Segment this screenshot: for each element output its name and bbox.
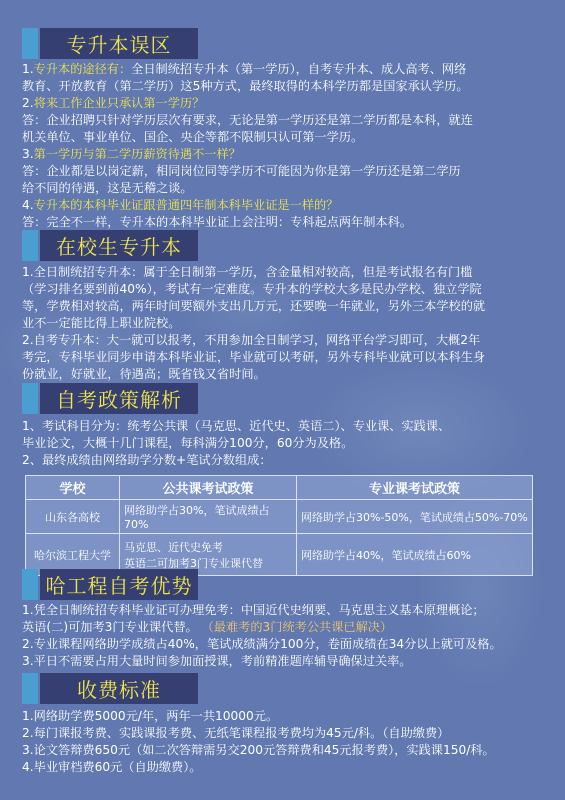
cell-major-policy: 网络助学占40%，笔试成绩占60% xyxy=(297,534,533,576)
misconception-item-3: 3.第一学历与第二学历薪资待遇不一样？ 答：企业都是以岗定薪，相同岗位同等学历不… xyxy=(22,146,552,197)
item-question: 专升本的途径有： xyxy=(34,62,132,76)
text-line: 1、考试科目分为：统考公共课（马克思、近代史、英语二）、专业课、实践课、 xyxy=(22,418,552,435)
text-line: 3.论文答辩费650元（如二次答辩需另交200元答辩费和45元报考费），实践课1… xyxy=(22,742,557,759)
header-title-box: 自考政策解析 xyxy=(40,383,198,414)
text-line: 等，学费相对较高，两年时间要额外支出几万元，还要晚一年就业，另外三本学校的就 xyxy=(22,298,552,315)
column-header-public-course: 公共课考试政策 xyxy=(120,476,297,500)
header-title-box: 专升本误区 xyxy=(40,28,198,59)
text-line: 3.平日不需要占用大量时间参加面授课，考前精准题库辅导确保过关率。 xyxy=(22,653,557,670)
text-line: 1.凭全日制统招专科毕业证可办理免考：中国近代史纲要、马克思主义基本原理概论； xyxy=(22,602,557,619)
section-title: 在校生专升本 xyxy=(56,231,182,260)
item-answer-cont: 给不同的待遇，这是无稽之谈。 xyxy=(22,181,193,195)
text-line: 4.毕业审档费60元（自助缴费）。 xyxy=(22,759,557,776)
item-number: 2. xyxy=(22,96,34,110)
table-header-row: 学校 公共课考试政策 专业课考试政策 xyxy=(26,476,533,500)
section-title: 收费标准 xyxy=(77,674,161,703)
text-line: 考完，专科毕业同步申请本科毕业证，毕业就可以考研，另外专科毕业就可以本科生身 xyxy=(22,349,552,366)
text-line: 1.全日制统招专升本：属于全日制第一学历，含金量相对较高，但是考试报名有门槛 xyxy=(22,264,552,281)
misconceptions-body: 1.专升本的途径有：全日制统招专升本（第一学历），自考专升本、成人高考、网络 教… xyxy=(22,61,552,231)
misconception-item-2: 2.将来工作企业只承认第一学历？ 答：企业招聘只针对学历层次有要求，无论是第一学… xyxy=(22,95,552,146)
header-title-box: 在校生专升本 xyxy=(40,230,198,261)
table-row: 山东各高校 网络助学占30%，笔试成绩占70% 网络助学占30%-50%，笔试成… xyxy=(26,500,533,534)
text-line: 2、最终成绩由网络助学分数+笔试分数组成： xyxy=(22,452,552,469)
section-header-misconceptions: 专升本误区 xyxy=(22,28,198,59)
item-question: 专升本的本科毕业证跟普通四年制本科毕业证是一样的？ xyxy=(34,198,339,212)
item-number: 1. xyxy=(22,62,34,76)
item-answer-cont: 机关单位、事业单位、国企、央企等都不限制只认可第一学历。 xyxy=(22,130,363,144)
text-line: （学习排名要到前40%），考试有一定难度。专升本的学校大多是民办学校、独立学院 xyxy=(22,281,552,298)
header-title-box: 哈工程自考优势 xyxy=(40,569,198,600)
text-line: 毕业论文，大概十几门课程，每科满分100分，60分为及格。 xyxy=(22,435,552,452)
in-school-body: 1.全日制统招专升本：属于全日制第一学历，含金量相对较高，但是考试报名有门槛 （… xyxy=(22,264,552,383)
section-header-policy: 自考政策解析 xyxy=(22,383,198,414)
item-number: 4. xyxy=(22,198,34,212)
text-line: 2.自考专升本：大一就可以报考，不用参加全日制学习，网络平台学习即可，大概2年 xyxy=(22,332,552,349)
section-title: 自考政策解析 xyxy=(56,384,182,413)
header-accent-bar xyxy=(22,28,38,59)
fees-body: 1.网络助学费5000元/年，两年一共10000元。 2.每门课报考费、实践课报… xyxy=(22,708,557,776)
misconception-item-4: 4.专升本的本科毕业证跟普通四年制本科毕业证是一样的？ 答：完全不一样，专升本的… xyxy=(22,197,552,231)
text-line: 业不一定能比得上职业院校。 xyxy=(22,315,552,332)
text-line: 2.每门课报考费、实践课报考费、无纸笔课程报考费均为45元/科。（自助缴费） xyxy=(22,725,557,742)
cell-text: 网络助学占30%，笔试成绩占70% xyxy=(124,502,292,531)
section-header-fees: 收费标准 xyxy=(22,673,198,704)
section-title: 专升本误区 xyxy=(67,29,172,58)
cell-major-policy: 网络助学占30%-50%，笔试成绩占50%-70% xyxy=(297,500,533,534)
text-line: 英语(二)可加考3门专业课代替。 （最难考的3门统考公共课已解决） xyxy=(22,619,557,636)
item-answer-cont: 教育、开放教育（第二学历）这5种方式，最终取得的本科学历都是国家承认学历。 xyxy=(22,79,469,93)
text-segment: 英语(二)可加考3门专业课代替。 xyxy=(22,620,198,634)
column-header-school: 学校 xyxy=(26,476,120,500)
item-question: 第一学历与第二学历薪资待遇不一样？ xyxy=(34,147,241,161)
text-line: 2.专业课程网络助学成绩占40%，笔试成绩满分100分，卷面成绩在34分以上就可… xyxy=(22,636,557,653)
cell-public-policy: 网络助学占30%，笔试成绩占70% xyxy=(120,500,297,534)
cell-text: 马克思、近代史免考 xyxy=(124,539,292,555)
item-answer: 答：企业都是以岗定薪，相同岗位同等学历不可能因为你是第一学历还是第二学历 xyxy=(22,164,461,178)
section-title: 哈工程自考优势 xyxy=(46,570,193,599)
header-title-box: 收费标准 xyxy=(40,673,198,704)
header-accent-bar xyxy=(22,383,38,414)
cell-school: 山东各高校 xyxy=(26,500,120,534)
advantages-body: 1.凭全日制统招专科毕业证可办理免考：中国近代史纲要、马克思主义基本原理概论； … xyxy=(22,602,557,670)
item-answer: 全日制统招专升本（第一学历），自考专升本、成人高考、网络 xyxy=(131,62,466,76)
item-question: 将来工作企业只承认第一学历？ xyxy=(34,96,205,110)
text-line: 1.网络助学费5000元/年，两年一共10000元。 xyxy=(22,708,557,725)
misconception-item-1: 1.专升本的途径有：全日制统招专升本（第一学历），自考专升本、成人高考、网络 教… xyxy=(22,61,552,95)
section-header-in-school: 在校生专升本 xyxy=(22,230,198,261)
section-header-advantages: 哈工程自考优势 xyxy=(22,569,198,600)
text-line: 份就业，好就业，待遇高；既省钱又省时间。 xyxy=(22,366,552,383)
header-accent-bar xyxy=(22,673,38,704)
item-answer: 答：完全不一样，专升本的本科毕业证上会注明：专科起点两年制本科。 xyxy=(22,215,412,229)
header-accent-bar xyxy=(22,230,38,261)
highlight-note: （最难考的3门统考公共课已解决） xyxy=(202,620,393,634)
policy-table: 学校 公共课考试政策 专业课考试政策 山东各高校 网络助学占30%，笔试成绩占7… xyxy=(25,475,533,576)
header-accent-bar xyxy=(22,569,38,600)
policy-body: 1、考试科目分为：统考公共课（马克思、近代史、英语二）、专业课、实践课、 毕业论… xyxy=(22,418,552,469)
item-number: 3. xyxy=(22,147,34,161)
column-header-major-course: 专业课考试政策 xyxy=(297,476,533,500)
item-answer: 答：企业招聘只针对学历层次有要求，无论是第一学历还是第二学历都是本科，就连 xyxy=(22,113,473,127)
